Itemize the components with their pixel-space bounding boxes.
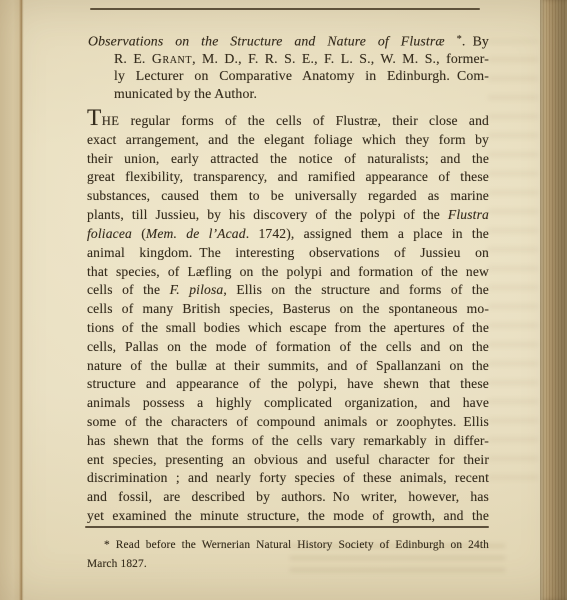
book-page-edges bbox=[540, 0, 567, 600]
text-line: plants, till Jussieu, by his discovery o… bbox=[87, 206, 489, 225]
text-line: ly Lecturer on Comparative Anatomy in Ed… bbox=[88, 67, 489, 85]
book-page-photo: Observations on the Structure and Nature… bbox=[0, 0, 567, 600]
text-line: municated by the Author. bbox=[88, 85, 489, 103]
text-line: THE regular forms of the cells of Flustr… bbox=[87, 112, 489, 131]
text-line: ent species, presenting an obvious and u… bbox=[87, 451, 489, 470]
text-line: substances, caused them to be universall… bbox=[87, 187, 489, 206]
text-line: has shewn that the forms of the cells va… bbox=[87, 432, 489, 451]
footnote-separator-rule bbox=[85, 526, 489, 528]
page-crease bbox=[19, 0, 24, 600]
text-line: some of the characters of compound anima… bbox=[87, 413, 489, 432]
text-line: exact arrangement, and the elegant folia… bbox=[87, 131, 489, 150]
text-line: and fossil, are described by authors. No… bbox=[87, 488, 489, 507]
text-line: their union, early attracted the notice … bbox=[87, 150, 489, 169]
text-line: discrimination ; and nearly forty specie… bbox=[87, 469, 489, 488]
text-line: cells, Pallas on the mode of formation o… bbox=[87, 338, 489, 357]
text-line: R. E. Grant, M. D., F. R. S. E., F. L. S… bbox=[88, 50, 489, 68]
text-line: cells of many British species, Basterus … bbox=[87, 300, 489, 319]
text-line: animal kingdom. The interesting observat… bbox=[87, 244, 489, 263]
text-line: foliacea (Mem. de l’Acad. 1742), assigne… bbox=[87, 225, 489, 244]
article-body-paragraph: THE regular forms of the cells of Flustr… bbox=[87, 112, 489, 526]
text-line: cells of the F. pilosa, Ellis on the str… bbox=[87, 281, 489, 300]
text-line: that species, of Læfling on the polypi a… bbox=[87, 263, 489, 282]
ink-showthrough bbox=[488, 40, 538, 480]
footnote: * Read before the Wernerian Natural Hist… bbox=[87, 536, 489, 574]
header-rule bbox=[90, 8, 480, 10]
text-line: tions of the small bodies which escape f… bbox=[87, 319, 489, 338]
text-line: nature of the bullæ at their summits, an… bbox=[87, 357, 489, 376]
text-line: great flexibility, transparency, and ram… bbox=[87, 168, 489, 187]
text-line: Observations on the Structure and Nature… bbox=[88, 31, 489, 50]
text-line: structure and appearance of the polypi, … bbox=[87, 375, 489, 394]
text-line: * Read before the Wernerian Natural Hist… bbox=[87, 536, 489, 555]
text-line: March 1827. bbox=[87, 555, 489, 574]
article-title: Observations on the Structure and Nature… bbox=[88, 31, 489, 103]
text-line: animals possess a highly complicated org… bbox=[87, 394, 489, 413]
text-line: yet examined the minute structure, the m… bbox=[87, 507, 489, 526]
